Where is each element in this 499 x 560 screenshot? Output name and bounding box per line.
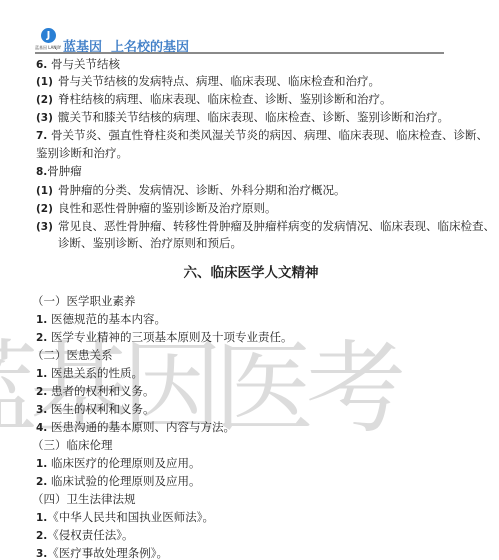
page-header: J 蓝基因 LANJIYIN 蓝基因 上名校的基因: [35, 28, 444, 54]
item-text: 医德规范的基本内容。: [51, 312, 166, 326]
item-index: (3): [36, 219, 58, 235]
header-divider: [35, 52, 444, 54]
item-text: 骨肿瘤的分类、发病情况、诊断、外科分期和治疗概况。: [58, 183, 346, 197]
logo-icon: J: [41, 28, 56, 43]
item-number: 2.: [36, 530, 47, 542]
section-number: 7.: [36, 130, 47, 142]
section-6-title: 6. 骨与关节结核: [36, 56, 120, 73]
item-text: 良性和恶性骨肿瘤的鉴别诊断及治疗原则。: [58, 201, 277, 215]
item-text: 《中华人民共和国执业医师法》。: [47, 510, 214, 524]
list-item: 2. 患者的权利和义务。: [36, 383, 154, 400]
item-text: 临床试验的伦理原则及应用。: [51, 474, 201, 488]
list-item: 2. 医学专业精神的三项基本原则及十项专业责任。: [36, 329, 292, 346]
item-number: 2.: [36, 476, 47, 488]
item-text: 医生的权利和义务。: [51, 402, 155, 416]
section-title: 骨与关节结核: [51, 57, 120, 71]
list-item: 2. 临床试验的伦理原则及应用。: [36, 473, 200, 490]
item-text: 医患沟通的基本原则、内容与方法。: [51, 420, 235, 434]
item-text: 髋关节和膝关节结核的病理、临床表现、临床检查、诊断、鉴别诊断和治疗。: [58, 110, 449, 124]
chapter-heading: 六、临床医学人文精神: [36, 264, 466, 282]
section-title: 骨肿瘤: [47, 164, 82, 178]
item-text: 患者的权利和义务。: [51, 384, 155, 398]
item-index: (1): [36, 183, 58, 199]
list-item: 1.《中华人民共和国执业医师法》。: [36, 509, 214, 526]
item-text: 医患关系的性质。: [51, 366, 143, 380]
item-index: (3): [36, 110, 58, 126]
item-text: 骨与关节结核的发病特点、病理、临床表现、临床检查和治疗。: [58, 74, 380, 88]
section-number: 6.: [36, 59, 47, 71]
item-number: 4.: [36, 422, 47, 434]
list-item: 4. 医患沟通的基本原则、内容与方法。: [36, 419, 235, 436]
item-text: 脊柱结核的病理、临床表现、临床检查、诊断、鉴别诊断和治疗。: [58, 92, 392, 106]
group-title: （四）卫生法律法规: [32, 491, 136, 507]
list-item: 1. 医患关系的性质。: [36, 365, 143, 382]
item-index: (1): [36, 74, 58, 90]
section-text: 骨关节炎、强直性脊柱炎和类风湿关节炎的病因、病理、临床表现、临床检查、诊断、: [51, 128, 488, 142]
section-8-title: 8.骨肿瘤: [36, 163, 82, 180]
list-item: (2)脊柱结核的病理、临床表现、临床检查、诊断、鉴别诊断和治疗。: [36, 91, 392, 108]
item-number: 1.: [36, 368, 47, 380]
list-item: 1. 医德规范的基本内容。: [36, 311, 166, 328]
item-number: 2.: [36, 386, 47, 398]
list-item: (3)髋关节和膝关节结核的病理、临床表现、临床检查、诊断、鉴别诊断和治疗。: [36, 109, 449, 126]
list-item: 3. 医生的权利和义务。: [36, 401, 154, 418]
group-title: （二）医患关系: [32, 347, 113, 363]
list-item: 2.《侵权责任法》。: [36, 527, 134, 544]
section-7-title: 7. 骨关节炎、强直性脊柱炎和类风湿关节炎的病因、病理、临床表现、临床检查、诊断…: [36, 127, 488, 144]
item-text: 临床医疗的伦理原则及应用。: [51, 456, 201, 470]
brand-logo: J 蓝基因 LANJIYIN: [35, 28, 61, 52]
item-text: 常见良、恶性骨肿瘤、转移性骨肿瘤及肿瘤样病变的发病情况、临床表现、临床检查、: [58, 219, 495, 233]
item-index: (2): [36, 201, 58, 217]
item-number: 1.: [36, 314, 47, 326]
list-item: 3.《医疗事故处理条例》。: [36, 545, 168, 560]
item-number: 2.: [36, 332, 47, 344]
item-text: 医学专业精神的三项基本原则及十项专业责任。: [51, 330, 293, 344]
group-title: （三）临床伦理: [32, 437, 113, 453]
item-index: (2): [36, 92, 58, 108]
list-item: 1. 临床医疗的伦理原则及应用。: [36, 455, 200, 472]
list-item: (2)良性和恶性骨肿瘤的鉴别诊断及治疗原则。: [36, 200, 277, 217]
section-7-continuation: 鉴别诊断和治疗。: [36, 145, 128, 161]
item-text: 《侵权责任法》。: [47, 528, 133, 542]
section-number: 8.: [36, 166, 47, 178]
group-title: （一）医学职业素养: [32, 293, 136, 309]
item-number: 1.: [36, 458, 47, 470]
list-item-continuation: 诊断、鉴别诊断、治疗原则和预后。: [58, 235, 242, 251]
item-number: 3.: [36, 548, 47, 560]
item-number: 1.: [36, 512, 47, 524]
item-number: 3.: [36, 404, 47, 416]
list-item: (3)常见良、恶性骨肿瘤、转移性骨肿瘤及肿瘤样病变的发病情况、临床表现、临床检查…: [36, 218, 495, 235]
logo-caption: 蓝基因 LANJIYIN: [35, 45, 61, 50]
list-item: (1)骨与关节结核的发病特点、病理、临床表现、临床检查和治疗。: [36, 73, 380, 90]
list-item: (1)骨肿瘤的分类、发病情况、诊断、外科分期和治疗概况。: [36, 182, 346, 199]
item-text: 《医疗事故处理条例》。: [47, 546, 168, 560]
